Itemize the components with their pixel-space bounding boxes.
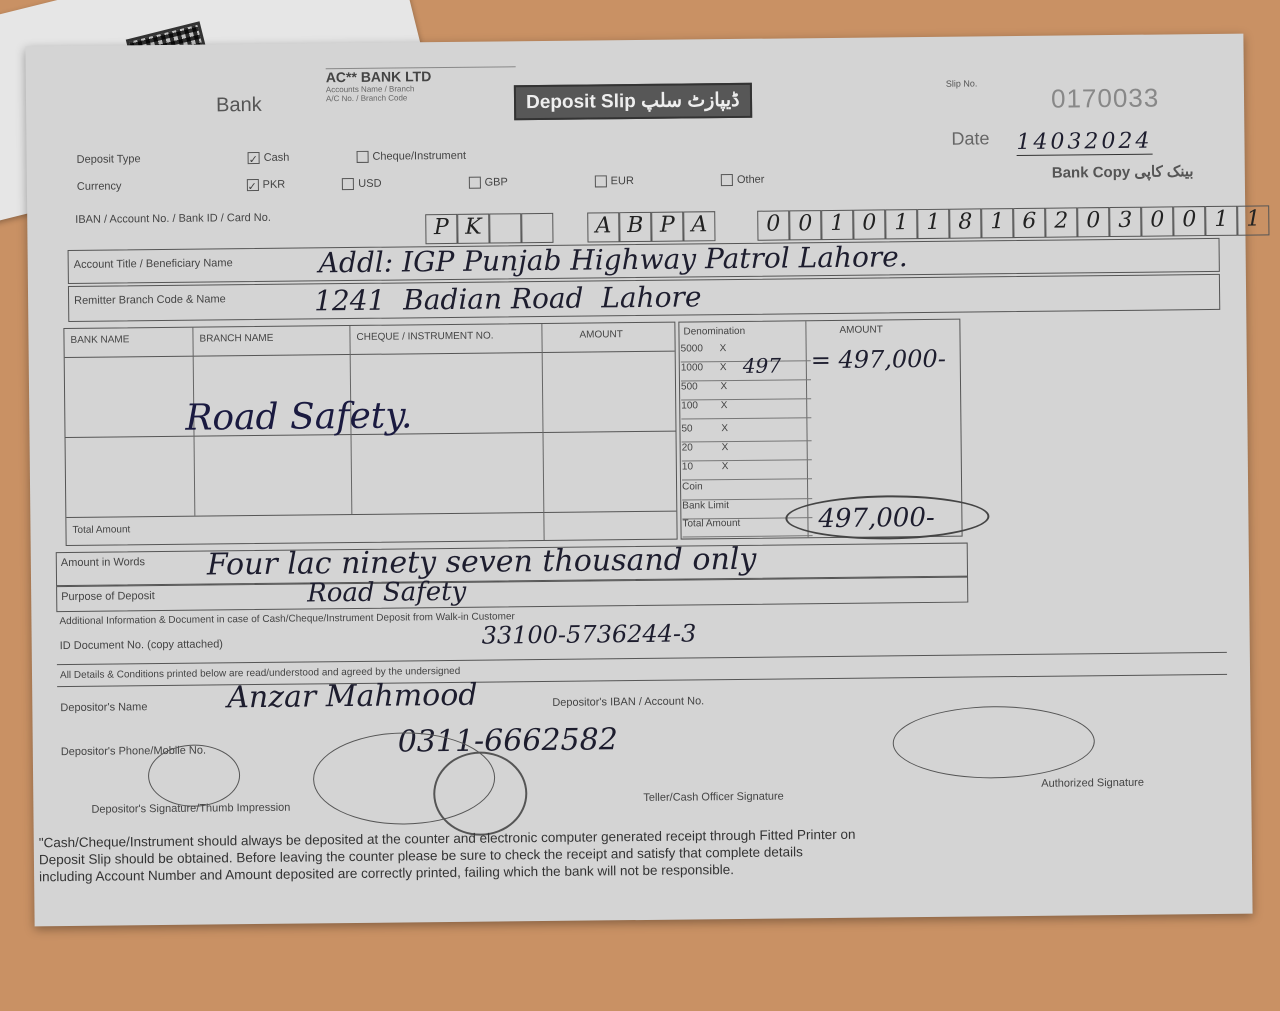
col-bank-name: BANK NAME xyxy=(70,334,129,346)
id-doc-value: 33100-5736244-3 xyxy=(481,619,696,649)
deposit-type-cash[interactable]: ✓Cash xyxy=(244,152,290,164)
branch-value: 1241 Badian Road Lahore xyxy=(314,280,702,317)
depositor-signature xyxy=(148,744,241,807)
bank-name-box: AC** BANK LTD Accounts Name / Branch A/C… xyxy=(326,66,517,124)
footer-terms: "Cash/Cheque/Instrument should always be… xyxy=(39,822,1229,885)
id-doc-label: ID Document No. (copy attached) xyxy=(60,638,223,652)
col-instrument-no: CHEQUE / INSTRUMENT NO. xyxy=(356,331,493,343)
deposit-type-row: Deposit Type ✓Cash Cheque/Instrument xyxy=(77,150,466,166)
depositor-name-label: Depositor's Name xyxy=(60,701,147,714)
currency-pkr[interactable]: ✓PKR xyxy=(243,179,286,191)
currency-eur[interactable]: EUR xyxy=(591,175,634,187)
denom-row[interactable]: 1000 X 497 xyxy=(681,361,811,381)
depositor-name-value: Anzar Mahmood xyxy=(227,678,478,716)
currency-usd[interactable]: USD xyxy=(338,178,381,190)
deposit-type-label: Deposit Type xyxy=(77,153,141,166)
bank-sub-2: A/C No. / Branch Code xyxy=(326,92,516,103)
checkbox-checked-icon[interactable]: ✓ xyxy=(247,179,259,191)
deposit-type-cheque[interactable]: Cheque/Instrument xyxy=(352,150,466,163)
iban-prefix[interactable]: PK xyxy=(425,213,553,244)
denom-row[interactable]: Coin xyxy=(682,480,812,500)
date-label: Date xyxy=(951,128,989,149)
col-branch-name: BRANCH NAME xyxy=(199,333,273,345)
denom-row[interactable]: 500 X xyxy=(681,380,811,400)
deposit-slip: Bank AC** BANK LTD Accounts Name / Branc… xyxy=(25,34,1252,927)
denom-row[interactable]: 50 X xyxy=(681,422,811,442)
depositor-iban-label: Depositor's IBAN / Account No. xyxy=(552,695,704,709)
copy-label: Bank Copy بینک کاپی xyxy=(1052,162,1194,181)
account-number[interactable]: 0010118162030011 xyxy=(757,205,1269,240)
instrument-total-label: Total Amount xyxy=(72,524,130,536)
checkbox-checked-icon[interactable]: ✓ xyxy=(248,152,260,164)
bank-name: AC** BANK LTD xyxy=(326,67,516,85)
purpose-value: Road Safety xyxy=(307,577,466,609)
denom-1000-amount: = 497,000- xyxy=(811,345,946,374)
denom-row[interactable]: 20 X xyxy=(682,441,812,461)
denom-row[interactable]: 10 X xyxy=(682,460,812,480)
denom-row[interactable]: 100 X xyxy=(681,399,811,419)
bank-logo-text: Bank xyxy=(216,94,262,117)
date-value: 14032024 xyxy=(1016,129,1152,156)
checkbox-icon[interactable] xyxy=(721,174,733,186)
checkbox-icon[interactable] xyxy=(356,151,368,163)
slip-no-label: Slip No. xyxy=(946,78,978,88)
account-title-value: Addl: IGP Punjab Highway Patrol Lahore. xyxy=(319,240,908,279)
instrument-table: BANK NAME BRANCH NAME CHEQUE / INSTRUMEN… xyxy=(63,322,677,546)
bank-code[interactable]: ABPA xyxy=(587,211,715,242)
depositor-signature-label: Depositor's Signature/Thumb Impression xyxy=(91,802,290,816)
slip-title: Deposit Slip ڈیپازٹ سلپ xyxy=(514,83,752,120)
checkbox-icon[interactable] xyxy=(595,175,607,187)
instructions-label: Additional Information & Document in cas… xyxy=(59,611,514,627)
authorized-signature-mark xyxy=(892,705,1095,779)
col-amount: AMOUNT xyxy=(579,329,622,340)
account-label: IBAN / Account No. / Bank ID / Card No. xyxy=(75,211,375,226)
teller-signature-label: Teller/Cash Officer Signature xyxy=(643,791,784,804)
currency-label: Currency xyxy=(77,180,122,192)
authorized-signature-label: Authorized Signature xyxy=(1041,777,1144,790)
checkbox-icon[interactable] xyxy=(342,178,354,190)
instrument-note: Road Safety. xyxy=(185,395,412,438)
amount-words-value: Four lac ninety seven thousand only xyxy=(207,542,757,583)
checkbox-icon[interactable] xyxy=(468,177,480,189)
currency-other[interactable]: Other xyxy=(717,174,765,186)
currency-row: Currency ✓PKR USD GBP EUR Other xyxy=(77,174,765,193)
slip-no: 0170033 xyxy=(1051,83,1160,115)
currency-gbp[interactable]: GBP xyxy=(464,176,507,188)
